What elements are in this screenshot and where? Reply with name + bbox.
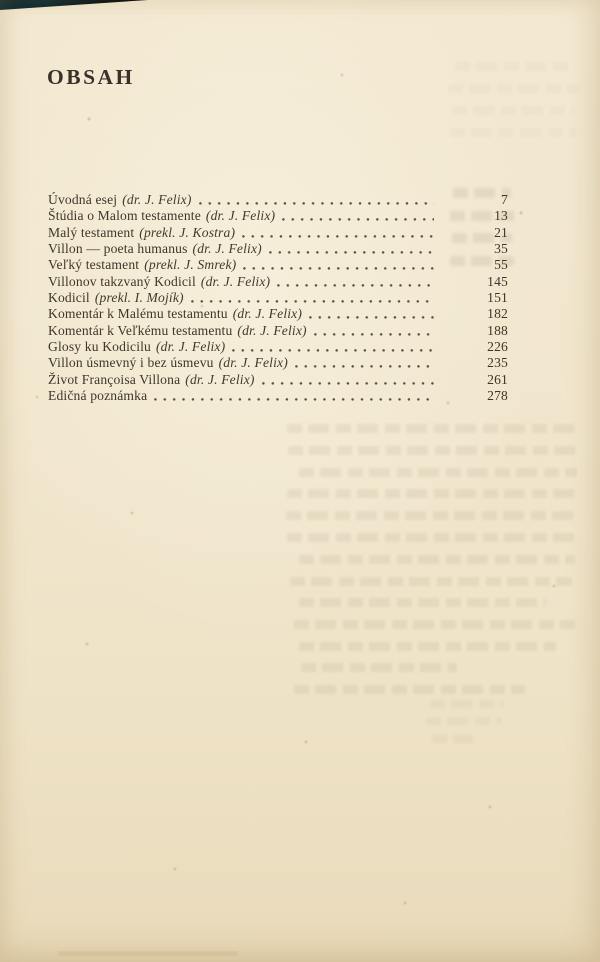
dot-leader [242,225,434,241]
bleed-through-line [430,700,504,708]
bleed-through-line [287,489,580,498]
toc-entry-title: Villonov takzvaný Kodicil [48,274,196,290]
toc-entry-attribution: (dr. J. Felix) [219,355,288,371]
toc-entry-attribution: (dr. J. Felix) [122,192,191,208]
toc-entry: Glosy ku Kodicilu (dr. J. Felix) 226 [48,339,508,355]
toc-entry-title: Kodicil [48,290,90,306]
bleed-through-line [290,577,572,586]
toc-entry-page-number: 35 [434,241,508,257]
dot-leader [262,372,434,388]
bleed-through-line [450,128,576,137]
toc-entry: Villon — poeta humanus (dr. J. Felix) 35 [48,241,508,257]
dot-leader [314,323,434,339]
scan-corner-artifact [0,0,150,24]
dot-leader [243,257,434,273]
scanned-book-page: OBSAH Úvodná esej (dr. J. Felix) 7 Štúdi… [0,0,600,962]
bleed-through-line [432,735,474,743]
toc-entry-attribution: (dr. J. Felix) [233,306,302,322]
bleed-through-line [301,663,457,672]
bleed-through-line [452,233,512,243]
dot-leader [282,208,434,224]
bleed-through-line [299,642,556,651]
toc-entry-attribution: (dr. J. Felix) [185,372,254,388]
toc-entry-page-number: 278 [434,388,508,404]
bleed-through-line [450,211,516,221]
dot-leader [154,388,434,404]
toc-entry-title: Štúdia o Malom testamente [48,208,201,224]
bleed-through-line [299,468,577,477]
toc-entry-page-number: 188 [434,323,508,339]
toc-entry: Úvodná esej (dr. J. Felix) 7 [48,192,508,208]
toc-entry-title: Úvodná esej [48,192,117,208]
toc-entry: Kodicil (prekl. I. Mojík) 151 [48,290,508,306]
toc-entry-page-number: 235 [434,355,508,371]
scan-smudge [58,952,238,955]
bleed-through-line [299,555,575,564]
toc-entry: Štúdia o Malom testamente (dr. J. Felix)… [48,208,508,224]
toc-entry-attribution: (dr. J. Felix) [237,323,306,339]
bleed-through-line [294,685,525,694]
table-of-contents: Úvodná esej (dr. J. Felix) 7 Štúdia o Ma… [48,192,508,404]
toc-entry-attribution: (dr. J. Felix) [206,208,275,224]
toc-entry-attribution: (dr. J. Felix) [193,241,262,257]
bleed-through-line [287,424,579,433]
dot-leader [295,355,434,371]
toc-entry-attribution: (dr. J. Felix) [156,339,225,355]
toc-entry-title: Veľký testament [48,257,139,273]
toc-entry-page-number: 151 [434,290,508,306]
toc-entry: Život Françoisa Villona (dr. J. Felix) 2… [48,372,508,388]
toc-entry-title: Villon úsmevný i bez úsmevu [48,355,214,371]
bleed-through-line [426,717,502,725]
toc-entry: Malý testament (prekl. J. Kostra) 21 [48,225,508,241]
dot-leader [309,306,434,322]
toc-entry-page-number: 145 [434,274,508,290]
toc-entry-title: Malý testament [48,225,134,241]
bleed-through-line [448,84,578,93]
bleed-through-line [287,533,578,542]
dot-leader [191,290,434,306]
dot-leader [232,339,434,355]
toc-entry: Villonov takzvaný Kodicil (dr. J. Felix)… [48,274,508,290]
page-title: OBSAH [47,65,135,90]
toc-entry: Edičná poznámka 278 [48,388,508,404]
toc-entry-attribution: (prekl. I. Mojík) [95,290,184,306]
toc-entry-page-number: 182 [434,306,508,322]
toc-entry-attribution: (prekl. J. Smrek) [144,257,236,273]
bleed-through-line [288,446,575,455]
bleed-through-line [455,62,573,71]
paper-speckles [0,0,2,2]
bleed-through-line [452,106,574,115]
toc-entry-title: Edičná poznámka [48,388,147,404]
toc-entry-attribution: (dr. J. Felix) [201,274,270,290]
toc-entry-page-number: 226 [434,339,508,355]
toc-entry-title: Komentár k Veľkému testamentu [48,323,232,339]
bleed-through-line [286,511,576,520]
bleed-through-line [450,256,514,266]
toc-entry: Komentár k Veľkému testamentu (dr. J. Fe… [48,323,508,339]
toc-entry-page-number: 261 [434,372,508,388]
toc-entry-title: Život Françoisa Villona [48,372,180,388]
toc-entry: Villon úsmevný i bez úsmevu (dr. J. Feli… [48,355,508,371]
toc-entry-title: Glosy ku Kodicilu [48,339,151,355]
bleed-through-line [453,188,511,198]
bleed-through-line [294,620,575,629]
dot-leader [277,274,434,290]
toc-entry: Veľký testament (prekl. J. Smrek) 55 [48,257,508,273]
toc-entry: Komentár k Malému testamentu (dr. J. Fel… [48,306,508,322]
toc-entry-attribution: (prekl. J. Kostra) [139,225,235,241]
dot-leader [199,192,434,208]
toc-entry-title: Villon — poeta humanus [48,241,188,257]
toc-entry-title: Komentár k Malému testamentu [48,306,228,322]
dot-leader [269,241,434,257]
bleed-through-line [299,598,546,607]
